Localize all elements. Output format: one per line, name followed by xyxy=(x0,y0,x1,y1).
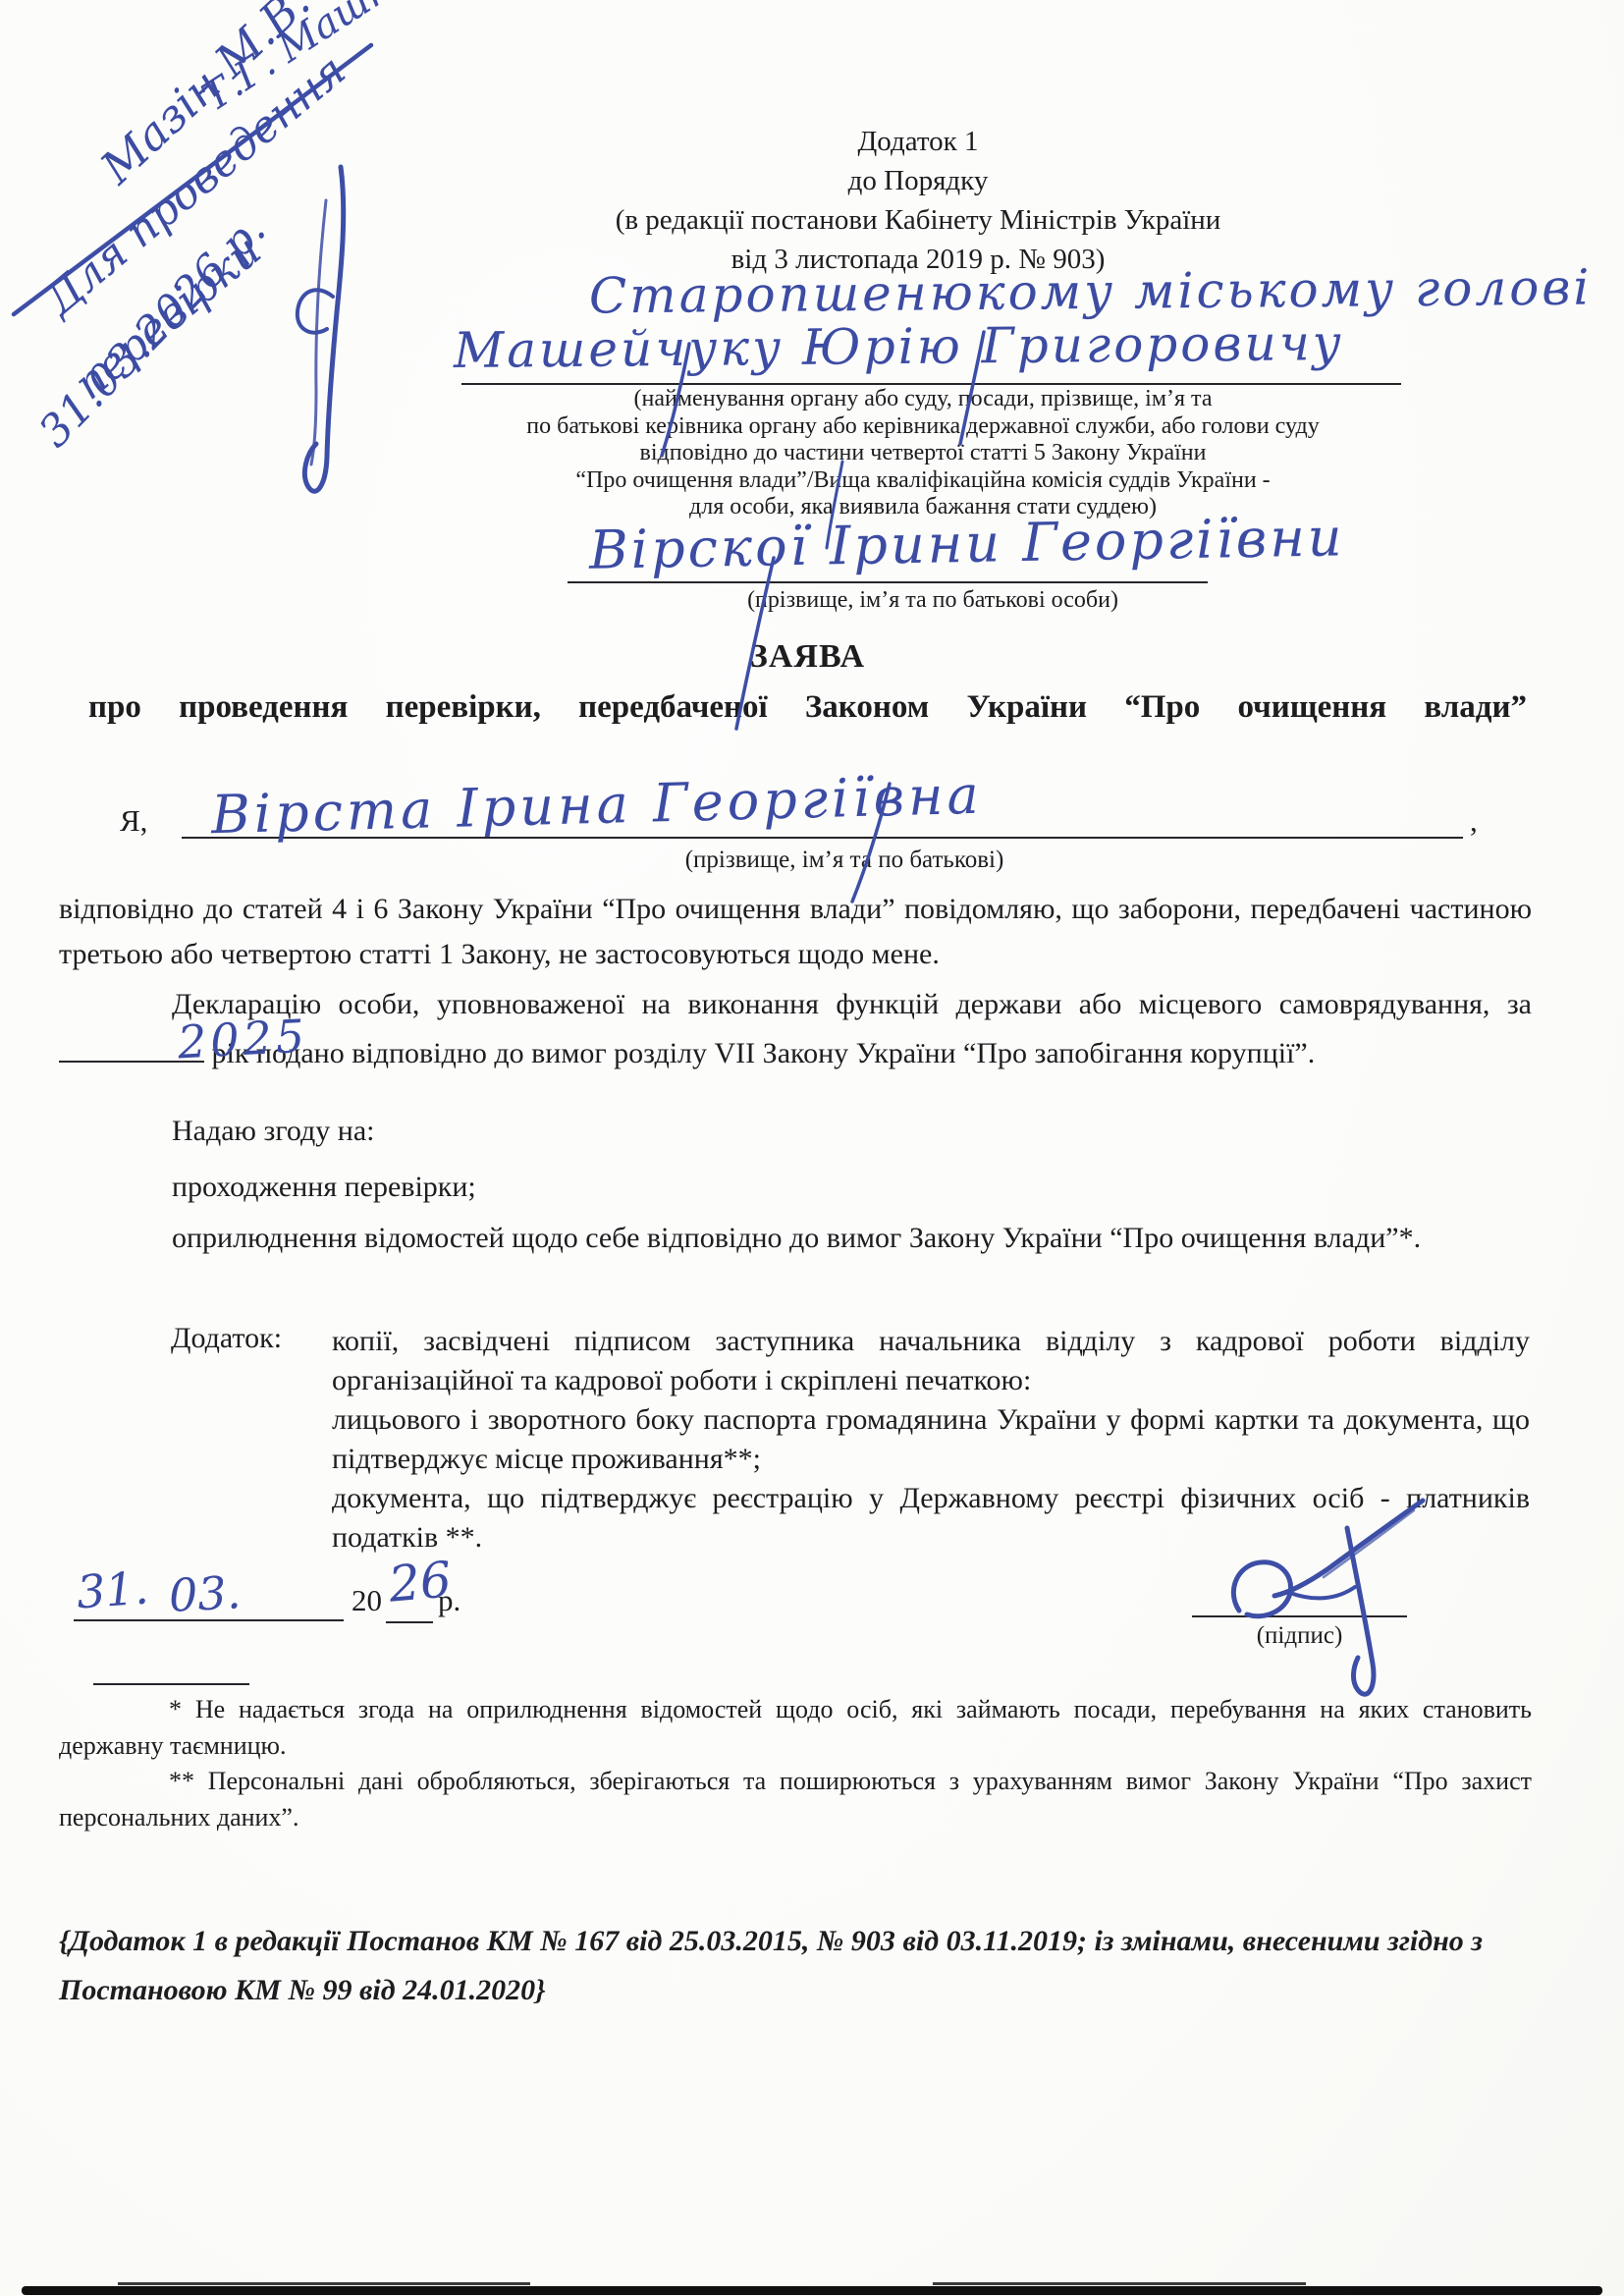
applicant-name-underline xyxy=(568,581,1208,583)
statement-name-handwritten: Вірста Ірина Георгіївна xyxy=(210,764,983,847)
statement-comma: , xyxy=(1470,803,1478,839)
header-line-appendix: Додаток 1 xyxy=(599,122,1237,161)
footnote-personal-data: ** Персональні дані обробляються, зберіг… xyxy=(59,1763,1532,1835)
statement-pronoun: Я, xyxy=(120,803,147,839)
header-block: Додаток 1 до Порядку (в редакції постано… xyxy=(599,122,1237,279)
document-subtitle: про проведення перевірки, передбаченої З… xyxy=(88,689,1527,726)
date-year-underline xyxy=(386,1621,433,1623)
addressee-underline xyxy=(461,383,1401,385)
addressee-caption-block: (найменування органу або суду, посади, п… xyxy=(383,386,1463,521)
scanned-application-page: Додаток 1 до Порядку (в редакції постано… xyxy=(0,0,1624,2296)
declaration-text-after: рік подано відповідно до вимог розділу V… xyxy=(212,1037,1316,1069)
declaration-paragraph: Декларацію особи, уповноваженої на викон… xyxy=(59,982,1532,1076)
consent-item-publication: оприлюднення відомостей щодо себе відпов… xyxy=(59,1216,1532,1261)
attachment-item-tax-registry: документа, що підтверджує реєстрацію у Д… xyxy=(332,1479,1530,1558)
header-line-edition: (в редакції постанови Кабінету Міністрів… xyxy=(599,200,1237,240)
declaration-year-blank: 2025 xyxy=(59,1027,204,1063)
applicant-name-caption: (прізвище, ім’я та по батькові особи) xyxy=(589,587,1276,615)
date-day-handwritten: 31. xyxy=(75,1561,150,1619)
statement-name-caption: (прізвище, ім’я та по батькові) xyxy=(403,847,1286,874)
applicant-name-handwritten: Вірскої Ірини Георгіївни xyxy=(589,506,1346,580)
addressee-caption-line-2: по батькові керівника органу або керівни… xyxy=(383,413,1463,441)
attachment-label: Додаток: xyxy=(171,1322,282,1355)
addressee-handwritten-line2: Машейчуку Юрію Григоровичу xyxy=(454,314,1344,379)
date-year-prefix: 20 xyxy=(352,1583,382,1618)
pen-flourish-main xyxy=(304,167,343,491)
date-month-handwritten: 03. xyxy=(168,1565,243,1622)
scan-edge-artifact-minor-1 xyxy=(118,2282,530,2285)
pen-flourish-loop xyxy=(298,290,333,332)
signature-caption: (підпис) xyxy=(1192,1622,1407,1650)
addressee-caption-line-4: “Про очищення влади”/Вища кваліфікаційна… xyxy=(383,467,1463,495)
addressee-caption-line-3: відповідно до частини четвертої статті 5… xyxy=(383,440,1463,467)
footnote-separator xyxy=(93,1683,249,1685)
consent-item-check: проходження перевірки; xyxy=(172,1171,476,1204)
consent-intro: Надаю згоду на: xyxy=(172,1115,374,1148)
date-year-handwritten: 26 xyxy=(387,1551,454,1613)
attachment-item-passport: лицьового і зворотного боку паспорта гро… xyxy=(332,1400,1530,1479)
statement-paragraph: відповідно до статей 4 і 6 Закону Україн… xyxy=(59,887,1532,977)
signature-stroke-3 xyxy=(1290,1587,1355,1598)
pen-flourish-inner xyxy=(311,200,326,465)
revision-note: {Додаток 1 в редакції Постанов КМ № 167 … xyxy=(59,1917,1483,2015)
attachment-intro: копії, засвідчені підписом заступника на… xyxy=(332,1322,1530,1400)
signature-underline xyxy=(1192,1615,1407,1617)
footnote-state-secret: * Не надається згода на оприлюднення від… xyxy=(59,1691,1532,1764)
declaration-text-before: Декларацію особи, уповноваженої на викон… xyxy=(172,988,1532,1020)
declaration-year-handwritten: 2025 xyxy=(64,1013,309,1071)
document-title: ЗАЯВА xyxy=(88,638,1527,676)
header-line-order: до Порядку xyxy=(599,161,1237,200)
scan-edge-artifact-minor-2 xyxy=(933,2282,1306,2285)
addressee-caption-line-1: (найменування органу або суду, посади, п… xyxy=(383,386,1463,413)
scan-edge-artifact xyxy=(22,2286,1602,2295)
signature-stroke-2 xyxy=(1233,1562,1290,1616)
addressee-handwritten-line1: Старопшенюкому міському голові xyxy=(589,259,1593,325)
